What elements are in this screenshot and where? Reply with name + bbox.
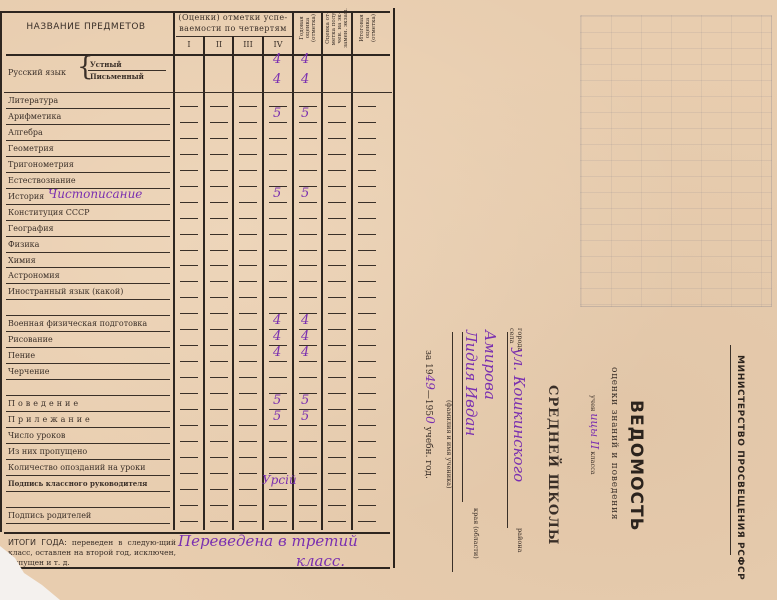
grade-cell-dash [358, 154, 376, 155]
year-end-handwritten: 0 [423, 416, 437, 424]
row-underline [6, 140, 170, 141]
grade-cell-dash [239, 393, 257, 394]
grade-cell-dash [180, 186, 198, 187]
grade-cell-dash [299, 218, 317, 219]
grade-cell-dash [358, 409, 376, 410]
col-line-5 [292, 12, 294, 530]
grade-cell-dash [299, 265, 317, 266]
student-name-handwritten: Лидия Ивдан [462, 330, 480, 436]
grade-cell-dash [299, 457, 317, 458]
grade-cell-dash [210, 313, 228, 314]
row-underline [6, 331, 170, 332]
col-line-6 [321, 12, 323, 530]
grade-cell-dash [358, 425, 376, 426]
subject-label: Физика [8, 240, 39, 249]
grade-cell-dash [210, 361, 228, 362]
row-underline [6, 252, 170, 253]
grade-cell-dash [269, 234, 287, 235]
grade-cell-dash [299, 377, 317, 378]
grade-cell-dash [358, 138, 376, 139]
grade-cell-dash [328, 409, 346, 410]
quarters-header: (Оценки) отметки успе- ваемости по четве… [174, 12, 292, 34]
grade-cell-dash [239, 521, 257, 522]
row-underline [6, 379, 170, 380]
quarter-4-grade: 5 [273, 393, 281, 408]
grade-cell-dash [180, 377, 198, 378]
grade-cell-dash [239, 329, 257, 330]
grade-cell-dash [328, 377, 346, 378]
grade-cell-dash [210, 457, 228, 458]
grade-cell-dash [210, 234, 228, 235]
report-title: ВЕДОМОСТЬ [626, 400, 646, 532]
grade-cell-dash [299, 138, 317, 139]
student-class-line: учен ицы II класса [588, 395, 601, 475]
row-underline [6, 395, 170, 396]
report-subtitle: оценки знаний и поведения [609, 367, 619, 520]
russian-oral-q4: 4 [273, 52, 281, 67]
grade-cell-dash [210, 202, 228, 203]
grade-cell-dash [210, 122, 228, 123]
grade-cell-dash [210, 218, 228, 219]
grade-cell-dash [239, 377, 257, 378]
subject-label: Черчение [8, 367, 49, 376]
district-rule [507, 332, 508, 528]
grade-cell-dash [328, 361, 346, 362]
quarter-3-header: III [233, 40, 263, 49]
grade-cell-dash [358, 457, 376, 458]
grade-cell-dash [299, 425, 317, 426]
grade-cell-dash [269, 505, 287, 506]
cover-page: МИНИСТЕРСТВО ПРОСВЕЩЕНИЯ РСФСР ВЕДОМОСТЬ… [400, 0, 777, 600]
grade-cell-dash [239, 473, 257, 474]
grade-cell-dash [180, 505, 198, 506]
grade-cell-dash [328, 106, 346, 107]
grade-cell-dash [358, 218, 376, 219]
grade-cell-dash [180, 313, 198, 314]
grade-cell-dash [299, 281, 317, 282]
grade-cell-dash [239, 138, 257, 139]
grade-cell-dash [210, 441, 228, 442]
grade-cell-dash [358, 505, 376, 506]
grade-cell-dash [239, 250, 257, 251]
annual-grade-header: Годовая оценка (отметка) [293, 12, 323, 44]
grade-table: НАЗВАНИЕ ПРЕДМЕТОВ (Оценки) отметки успе… [0, 0, 395, 600]
district-label: района [516, 528, 524, 553]
subject-label: Естествознание [8, 176, 76, 185]
grade-cell-dash [210, 377, 228, 378]
grade-cell-dash [358, 170, 376, 171]
quarter-1-header: I [174, 40, 204, 49]
grade-cell-dash [239, 202, 257, 203]
grade-cell-dash [180, 345, 198, 346]
bleed-through-grid [580, 15, 772, 307]
grade-cell-dash [239, 441, 257, 442]
grade-cell-dash [269, 377, 287, 378]
row-underline [6, 411, 170, 412]
subject-label: Арифметика [8, 112, 61, 121]
grade-cell-dash [328, 250, 346, 251]
row-underline [6, 523, 170, 524]
left-border [0, 12, 2, 532]
grade-cell-dash [180, 122, 198, 123]
grade-cell-dash [269, 457, 287, 458]
grade-cell-dash [239, 505, 257, 506]
grade-cell-dash [269, 489, 287, 490]
russian-oral-annual: 4 [301, 52, 309, 67]
exam-grade-header-text: Оценка от- метка полу- чен. на эк- замен… [325, 8, 349, 48]
subject-label: Военная физическая подготовка [8, 319, 147, 328]
grade-cell-dash [358, 265, 376, 266]
grade-cell-dash [210, 106, 228, 107]
russian-bottom-line [4, 92, 392, 93]
year-start-handwritten: 49 [423, 375, 437, 390]
class-suffix: класса [589, 451, 597, 474]
grade-cell-dash [239, 186, 257, 187]
grade-cell-dash [328, 138, 346, 139]
district-handwritten: ул. Кошкинского [510, 348, 528, 482]
grade-cell-dash [269, 218, 287, 219]
grade-cell-dash [180, 250, 198, 251]
row-underline [6, 108, 170, 109]
grade-cell-dash [180, 202, 198, 203]
ministry-rule [730, 345, 731, 555]
grade-cell-dash [180, 329, 198, 330]
student-class-handwritten: ицы II [588, 413, 601, 449]
grade-cell-dash [269, 441, 287, 442]
grade-cell-dash [239, 297, 257, 298]
name-rule [452, 332, 453, 572]
subject-label: Пение [8, 351, 35, 360]
grade-cell-dash [180, 234, 198, 235]
grade-cell-dash [328, 154, 346, 155]
subject-label: Химия [8, 256, 36, 265]
grade-cell-dash [180, 106, 198, 107]
grade-cell-dash [328, 202, 346, 203]
grade-cell-dash [328, 473, 346, 474]
col-line-3 [232, 36, 234, 530]
russian-written-label: Письменный [90, 72, 144, 81]
grade-cell-dash [180, 489, 198, 490]
grade-cell-dash [180, 441, 198, 442]
grade-cell-dash [269, 202, 287, 203]
row-underline [6, 315, 170, 316]
year-suffix: учебн. год. [423, 427, 433, 479]
subject-label: Астрономия [8, 271, 60, 280]
annual-grade: 5 [301, 393, 309, 408]
subject-label: Конституция СССР [8, 208, 90, 217]
grade-cell-dash [358, 313, 376, 314]
grade-cell-dash [239, 234, 257, 235]
grade-cell-dash [269, 170, 287, 171]
final-grade-header: Итоговая оценка (отметка) [353, 12, 383, 44]
grade-cell-dash [328, 329, 346, 330]
grade-cell-dash [328, 234, 346, 235]
subject-label: История [8, 192, 44, 201]
grade-cell-dash [210, 505, 228, 506]
grade-cell-dash [328, 297, 346, 298]
annual-grade-header-text: Годовая оценка (отметка) [299, 14, 317, 42]
year-prefix: за 19 [423, 350, 433, 375]
grade-cell-dash [210, 473, 228, 474]
grade-cell-dash [180, 457, 198, 458]
grade-cell-dash [210, 154, 228, 155]
grade-cell-dash [358, 297, 376, 298]
school-year-line: за 1949—1950 учебн. год. [423, 350, 437, 479]
grade-cell-dash [358, 345, 376, 346]
grade-cell-dash [269, 265, 287, 266]
row-underline [6, 124, 170, 125]
final-grade-header-text: Итоговая оценка (отметка) [359, 14, 377, 42]
grade-cell-dash [358, 186, 376, 187]
quarter-4-header: IV [263, 40, 293, 49]
grade-cell-dash [299, 473, 317, 474]
grade-cell-dash [299, 202, 317, 203]
grade-cell-dash [328, 218, 346, 219]
subject-label: Иностранный язык (какой) [8, 287, 123, 296]
subject-label: Геометрия [8, 144, 54, 153]
grade-cell-dash [180, 297, 198, 298]
row-underline [6, 172, 170, 173]
annual-grade: 5 [301, 409, 309, 424]
ministry-title: МИНИСТЕРСТВО ПРОСВЕЩЕНИЯ РСФСР [735, 355, 745, 580]
year-results-label: ИТОГИ ГОДА: переведен в следую-щий класс… [8, 538, 176, 568]
grade-cell-dash [210, 170, 228, 171]
grade-cell-dash [239, 409, 257, 410]
grade-cell-dash [180, 425, 198, 426]
row-underline [6, 347, 170, 348]
annual-grade: 5 [301, 186, 309, 201]
grade-cell-dash [299, 154, 317, 155]
grade-cell-dash [328, 425, 346, 426]
grade-cell-dash [358, 393, 376, 394]
subject-label: Из них пропущено [8, 447, 87, 456]
grade-cell-dash [180, 218, 198, 219]
russian-written-q4: 4 [273, 72, 281, 87]
annual-grade: 5 [301, 106, 309, 121]
grade-cell-dash [239, 281, 257, 282]
grade-cell-dash [180, 265, 198, 266]
quarter-4-grade: 4 [273, 329, 281, 344]
quarters-subdivider [176, 36, 292, 37]
grade-cell-dash [358, 106, 376, 107]
grade-cell-dash [299, 361, 317, 362]
grade-cell-dash [299, 170, 317, 171]
quarter-4-grade: 4 [273, 313, 281, 328]
grade-cell-dash [299, 122, 317, 123]
exam-grade-header: Оценка от- метка полу- чен. на эк- замен… [322, 12, 352, 44]
grade-cell-dash [328, 441, 346, 442]
grade-cell-dash [239, 361, 257, 362]
subjects-header: НАЗВАНИЕ ПРЕДМЕТОВ [0, 22, 172, 32]
header-bottom-border [6, 54, 390, 56]
quarter-4-grade: 5 [273, 106, 281, 121]
grade-cell-dash [299, 297, 317, 298]
grade-cell-dash [328, 521, 346, 522]
grade-cell-dash [299, 505, 317, 506]
grade-cell-dash [210, 521, 228, 522]
subject-label: Количество опозданий на уроки [8, 463, 145, 472]
grade-cell-dash [328, 505, 346, 506]
grade-cell-dash [210, 329, 228, 330]
grade-cell-dash [180, 409, 198, 410]
grade-cell-dash [269, 521, 287, 522]
grade-cell-dash [180, 281, 198, 282]
grade-cell-dash [358, 122, 376, 123]
row-underline [6, 507, 170, 508]
grade-cell-dash [358, 473, 376, 474]
grade-cell-dash [299, 521, 317, 522]
quarter-4-grade: 5 [273, 186, 281, 201]
row-underline [6, 236, 170, 237]
grade-cell-dash [358, 489, 376, 490]
row-underline [6, 459, 170, 460]
grade-cell-dash [328, 281, 346, 282]
row-underline [6, 156, 170, 157]
grade-cell-dash [180, 361, 198, 362]
school-title: СРЕДНЕЙ ШКОЛЫ [545, 385, 560, 545]
grade-cell-dash [269, 361, 287, 362]
grade-cell-dash [328, 186, 346, 187]
grade-cell-dash [210, 186, 228, 187]
grade-cell-dash [239, 154, 257, 155]
student-prefix: учен [589, 395, 597, 411]
grade-cell-dash [328, 170, 346, 171]
grade-cell-dash [269, 281, 287, 282]
subject-label: Подпись родителей [8, 511, 91, 520]
grade-cell-dash [180, 393, 198, 394]
grade-cell-dash [180, 138, 198, 139]
grade-cell-dash [239, 345, 257, 346]
grade-cell-dash [299, 234, 317, 235]
footer-bottom-border [8, 567, 390, 569]
grade-cell-dash [269, 138, 287, 139]
quarter-4-grade: Урсій [262, 473, 297, 487]
grade-cell-dash [210, 409, 228, 410]
grade-cell-dash [239, 313, 257, 314]
grade-cell-dash [328, 265, 346, 266]
grade-cell-dash [269, 425, 287, 426]
grade-cell-dash [210, 250, 228, 251]
grade-cell-dash [328, 457, 346, 458]
grade-cell-dash [180, 521, 198, 522]
quarter-4-grade: 5 [273, 409, 281, 424]
subject-note-handwritten: Чистописание [48, 187, 142, 201]
row-underline [6, 427, 170, 428]
russian-mid-line [88, 70, 166, 71]
grade-cell-dash [239, 170, 257, 171]
grade-cell-dash [328, 489, 346, 490]
grade-cell-dash [210, 281, 228, 282]
grade-cell-dash [239, 265, 257, 266]
subject-label: Поведение [8, 399, 81, 408]
grade-cell-dash [299, 489, 317, 490]
grade-cell-dash [210, 393, 228, 394]
subject-label: География [8, 224, 54, 233]
grade-cell-dash [180, 170, 198, 171]
row-underline [6, 363, 170, 364]
grade-cell-dash [269, 250, 287, 251]
subject-label: Алгебра [8, 128, 43, 137]
row-underline [6, 283, 170, 284]
col-line-2 [203, 36, 205, 530]
grade-cell-dash [358, 521, 376, 522]
fold-line [393, 8, 395, 568]
grade-cell-dash [269, 122, 287, 123]
grade-cell-dash [358, 329, 376, 330]
subject-label: Тригонометрия [8, 160, 74, 169]
row-underline [6, 220, 170, 221]
annual-grade: 4 [301, 329, 309, 344]
subject-label: Число уроков [8, 431, 65, 440]
region-label: края (области) [472, 508, 480, 559]
grade-cell-dash [358, 441, 376, 442]
grade-cell-dash [210, 138, 228, 139]
row-underline [6, 491, 170, 492]
col-line-7 [351, 12, 353, 530]
grade-cell-dash [358, 361, 376, 362]
grade-cell-dash [239, 457, 257, 458]
grade-cell-dash [328, 345, 346, 346]
grade-cell-dash [239, 218, 257, 219]
quarter-2-header: II [204, 40, 234, 49]
year-results-handwritten-1: Переведена в третий [178, 532, 358, 550]
row-underline [6, 443, 170, 444]
student-surname-handwritten: Амирова [481, 330, 499, 400]
row-underline [6, 475, 170, 476]
row-underline [6, 299, 170, 300]
russian-oral-label: Устный [90, 60, 122, 69]
grade-cell-dash [239, 122, 257, 123]
subject-label: Литература [8, 96, 58, 105]
subject-label: Рисование [8, 335, 53, 344]
year-mid: —195 [423, 390, 433, 416]
row-underline [6, 204, 170, 205]
grade-cell-dash [180, 154, 198, 155]
grade-cell-dash [210, 345, 228, 346]
grade-cell-dash [328, 122, 346, 123]
annual-grade: 4 [301, 313, 309, 328]
subject-label: Прилежание [8, 415, 93, 424]
year-results-title: ИТОГИ ГОДА: [8, 538, 67, 547]
col-line-4 [262, 36, 264, 530]
grade-cell-dash [299, 441, 317, 442]
row-underline [6, 267, 170, 268]
grade-cell-dash [180, 473, 198, 474]
russian-written-annual: 4 [301, 72, 309, 87]
village-label: села [508, 328, 516, 344]
russian-label: Русский язык [8, 68, 66, 77]
annual-grade: 4 [301, 345, 309, 360]
grade-cell-dash [210, 489, 228, 490]
grade-cell-dash [210, 265, 228, 266]
grade-cell-dash [358, 377, 376, 378]
grade-cell-dash [358, 202, 376, 203]
grade-cell-dash [210, 297, 228, 298]
grade-cell-dash [239, 425, 257, 426]
grade-cell-dash [358, 234, 376, 235]
grade-cell-dash [210, 425, 228, 426]
grade-cell-dash [358, 281, 376, 282]
grade-cell-dash [239, 489, 257, 490]
grade-cell-dash [269, 297, 287, 298]
grade-cell-dash [328, 313, 346, 314]
grade-cell-dash [299, 250, 317, 251]
grade-cell-dash [328, 393, 346, 394]
subject-label: Подпись классного руководителя [8, 479, 147, 488]
grade-cell-dash [239, 106, 257, 107]
grade-cell-dash [269, 154, 287, 155]
grade-cell-dash [358, 250, 376, 251]
